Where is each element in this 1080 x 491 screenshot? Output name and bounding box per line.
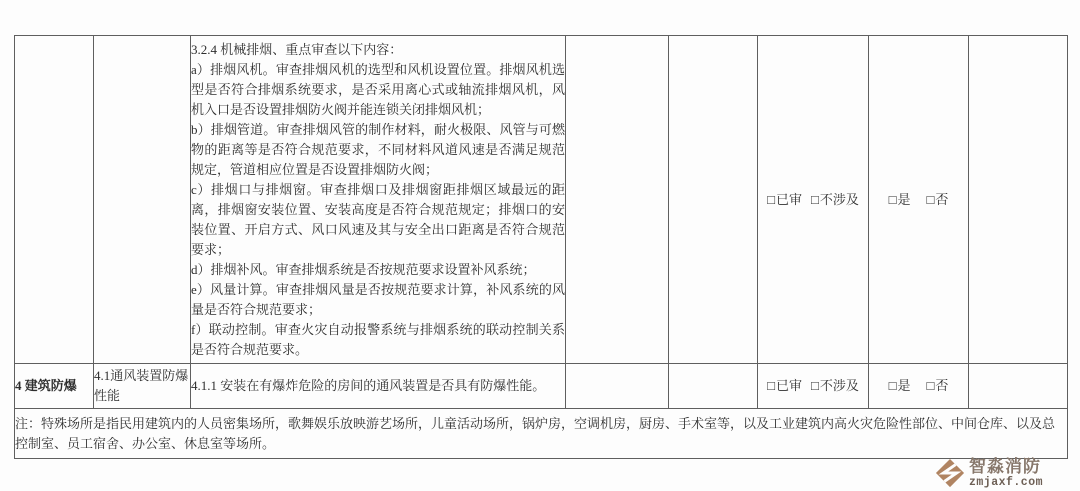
checkbox-label: 不涉及 xyxy=(820,378,859,393)
result-cell: □是□否 xyxy=(869,364,969,409)
checkbox-icon: □ xyxy=(811,192,819,207)
table-row: 注：特殊场所是指民用建筑内的人员密集场所，歌舞娱乐放映游艺场所，儿童活动场所，锅… xyxy=(15,409,1068,459)
special-places-note: 注：特殊场所是指民用建筑内的人员密集场所，歌舞娱乐放映游艺场所，儿童活动场所，锅… xyxy=(15,409,1068,459)
empty-cell xyxy=(669,36,758,364)
checkbox-yes[interactable]: □是 xyxy=(889,376,911,396)
clause-324-item-d: d）排烟补风。审查排烟系统是否按规范要求设置补风系统； xyxy=(191,260,565,280)
table-row: 4 建筑防爆 4.1通风装置防爆性能 4.1.1 安装在有爆炸危险的房间的通风装… xyxy=(15,364,1068,409)
checkbox-label: 不涉及 xyxy=(820,192,859,207)
checkbox-icon: □ xyxy=(889,192,897,207)
brand-name: 智淼消防 xyxy=(969,458,1043,475)
checkbox-not-applicable[interactable]: □不涉及 xyxy=(811,376,859,396)
inspection-content-cell: 4.1.1 安装在有爆炸危险的房间的通风装置是否具有防爆性能。 xyxy=(191,364,566,409)
checkbox-label: 否 xyxy=(935,192,948,207)
checkbox-icon: □ xyxy=(927,378,935,393)
category-label: 4 建筑防爆 xyxy=(15,378,77,393)
checkbox-icon: □ xyxy=(767,378,775,393)
brand-domain: zmjaxf.com xyxy=(969,477,1043,489)
checkbox-label: 是 xyxy=(897,378,910,393)
checkbox-not-applicable[interactable]: □不涉及 xyxy=(811,190,859,210)
checkbox-icon: □ xyxy=(889,378,897,393)
watermark-logo: 智淼消防 zmjaxf.com xyxy=(935,458,1043,489)
checkbox-icon: □ xyxy=(927,192,935,207)
brand-diamond-icon xyxy=(935,458,965,488)
empty-cell xyxy=(669,364,758,409)
remarks-cell-empty xyxy=(969,364,1068,409)
subcategory-cell: 4.1通风装置防爆性能 xyxy=(94,364,191,409)
checkbox-label: 否 xyxy=(935,378,948,393)
empty-cell xyxy=(566,36,669,364)
clause-324-item-a: a）排烟风机。审查排烟风机的选型和风机设置位置。排烟风机选型是否符合排烟系统要求… xyxy=(191,60,565,120)
remarks-cell-empty xyxy=(969,36,1068,364)
checkbox-icon: □ xyxy=(811,378,819,393)
document-page: 3.2.4 机械排烟、重点审查以下内容： a）排烟风机。审查排烟风机的选型和风机… xyxy=(0,0,1080,491)
subcategory-label: 4.1通风装置防爆性能 xyxy=(94,368,188,403)
checkbox-icon: □ xyxy=(767,192,775,207)
checkbox-no[interactable]: □否 xyxy=(927,190,949,210)
clause-324-item-e: e）风量计算。审查排烟风量是否按规范要求计算，补风系统的风量是否符合规范要求； xyxy=(191,280,565,320)
result-cell: □是□否 xyxy=(869,36,969,364)
checkbox-reviewed[interactable]: □已审 xyxy=(767,376,802,396)
category-cell: 4 建筑防爆 xyxy=(15,364,94,409)
checkbox-reviewed[interactable]: □已审 xyxy=(767,190,802,210)
checkbox-no[interactable]: □否 xyxy=(927,376,949,396)
checkbox-label: 已审 xyxy=(776,192,802,207)
clause-324-item-f: f）联动控制。审查火灾自动报警系统与排烟系统的联动控制关系是否符合规范要求。 xyxy=(191,320,565,360)
clause-324-title: 3.2.4 机械排烟、重点审查以下内容： xyxy=(191,40,565,60)
subcategory-cell-empty xyxy=(94,36,191,364)
review-status-cell: □已审□不涉及 xyxy=(758,364,869,409)
checkbox-label: 已审 xyxy=(776,378,802,393)
checkbox-label: 是 xyxy=(897,192,910,207)
table-row: 3.2.4 机械排烟、重点审查以下内容： a）排烟风机。审查排烟风机的选型和风机… xyxy=(15,36,1068,364)
clause-324-item-b: b）排烟管道。审查排烟风管的制作材料，耐火极限、风管与可燃物的距离等是否符合规范… xyxy=(191,120,565,180)
review-status-cell: □已审□不涉及 xyxy=(758,36,869,364)
clause-411-text: 4.1.1 安装在有爆炸危险的房间的通风装置是否具有防爆性能。 xyxy=(191,378,545,393)
clause-324-item-c: c）排烟口与排烟窗。审查排烟口及排烟窗距排烟区域最远的距离，排烟窗安装位置、安装… xyxy=(191,180,565,260)
empty-cell xyxy=(566,364,669,409)
inspection-checklist-table: 3.2.4 机械排烟、重点审查以下内容： a）排烟风机。审查排烟风机的选型和风机… xyxy=(14,35,1068,459)
category-cell-empty xyxy=(15,36,94,364)
checkbox-yes[interactable]: □是 xyxy=(889,190,911,210)
inspection-content-cell: 3.2.4 机械排烟、重点审查以下内容： a）排烟风机。审查排烟风机的选型和风机… xyxy=(191,36,566,364)
